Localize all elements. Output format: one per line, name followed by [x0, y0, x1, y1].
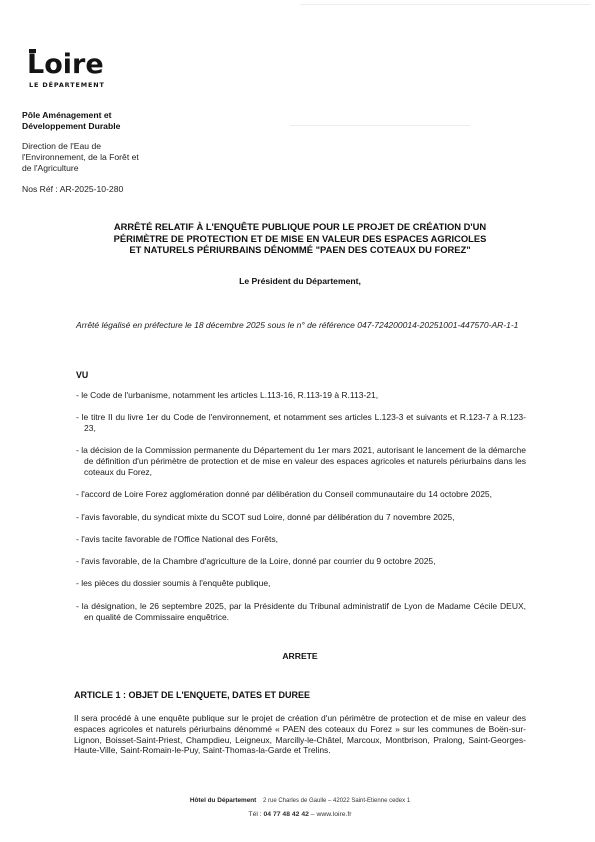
- crown-icon: [29, 49, 36, 53]
- title-line: ARRÊTÉ RELATIF À L'ENQUÊTE PUBLIQUE POUR…: [60, 221, 540, 233]
- page-footer: Hôtel du Département 2 rue Charles de Ga…: [120, 794, 480, 822]
- logo-name: Loire: [27, 49, 104, 80]
- document-title: ARRÊTÉ RELATIF À L'ENQUÊTE PUBLIQUE POUR…: [60, 221, 540, 256]
- vu-item: - le Code de l'urbanisme, notamment les …: [76, 390, 526, 401]
- loire-logo: Loire LE DÉPARTEMENT: [27, 52, 122, 89]
- logo-wordmark: Loire: [27, 52, 122, 78]
- scan-artifact: [290, 125, 470, 126]
- scan-artifact: [300, 4, 590, 5]
- vu-item: - l'avis favorable, du syndicat mixte du…: [76, 512, 526, 523]
- title-line: ET NATURELS PÉRIURBAINS DÉNOMMÉ "PAEN DE…: [60, 244, 540, 256]
- sender-direction: Direction de l'Eau de l'Environnement, d…: [22, 141, 142, 173]
- footer-address: 2 rue Charles de Gaulle – 42022 Saint-Et…: [263, 798, 410, 804]
- vu-item: - l'avis tacite favorable de l'Office Na…: [76, 534, 526, 545]
- legal-note: Arrêté légalisé en préfecture le 18 déce…: [76, 320, 526, 331]
- article-1-heading: ARTICLE 1 : OBJET DE L'ENQUETE, DATES ET…: [74, 690, 310, 700]
- sender-pole: Pôle Aménagement et Développement Durabl…: [22, 110, 142, 131]
- document-page: Loire LE DÉPARTEMENT Pôle Aménagement et…: [0, 0, 595, 842]
- vu-item: - l'accord de Loire Forez agglomération …: [76, 489, 526, 500]
- footer-website: www.loire.fr: [316, 811, 351, 818]
- sender-info: Pôle Aménagement et Développement Durabl…: [22, 110, 142, 194]
- vu-item: - la désignation, le 26 septembre 2025, …: [76, 601, 526, 623]
- vu-item: - l'avis favorable, de la Chambre d'agri…: [76, 556, 526, 567]
- arrete-heading: ARRETE: [60, 651, 540, 661]
- president-line: Le Président du Département,: [60, 276, 540, 286]
- logo-subtitle: LE DÉPARTEMENT: [29, 81, 122, 89]
- vu-item: - la décision de la Commission permanent…: [76, 445, 526, 477]
- vu-item: - le titre II du livre 1er du Code de l'…: [76, 412, 526, 434]
- footer-tel-label: Tél :: [248, 811, 263, 818]
- footer-tel: 04 77 48 42 42: [264, 811, 309, 818]
- sender-reference: Nos Réf : AR-2025-10-280: [22, 184, 142, 195]
- footer-hotel: Hôtel du Département: [190, 797, 256, 804]
- article-1-body: Il sera procédé à une enquête publique s…: [74, 713, 526, 756]
- vu-list: - le Code de l'urbanisme, notamment les …: [76, 390, 526, 634]
- vu-item: - les pièces du dossier soumis à l'enquê…: [76, 578, 526, 589]
- title-line: PÉRIMÈTRE DE PROTECTION ET DE MISE EN VA…: [60, 233, 540, 245]
- vu-heading: VU: [76, 370, 88, 380]
